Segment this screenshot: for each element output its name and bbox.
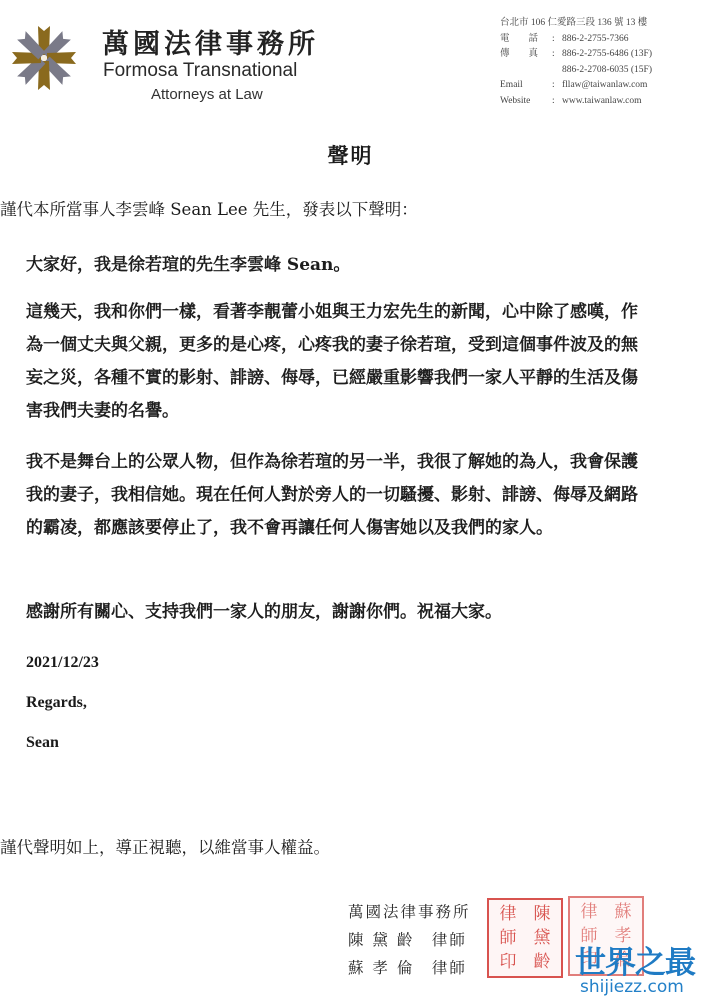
- signer-lawyer-1: 陳 黛 齡 律師: [348, 926, 471, 954]
- website-row: Website: www.taiwanlaw.com: [500, 94, 652, 110]
- watermark-chinese: 世界之最: [575, 937, 695, 982]
- starburst-logo-icon: [8, 22, 80, 94]
- seal-stamp-1: 律 陳 師 黛 印 齡: [487, 898, 563, 978]
- regards-line: Regards,: [26, 694, 87, 712]
- firm-subtitle: Attorneys at Law: [151, 86, 263, 103]
- signer-firm: 萬國法律事務所: [348, 898, 471, 926]
- signer-lawyer-2: 蘇 孝 倫 律師: [348, 954, 471, 982]
- fax-value-2: 886-2-2708-6035 (15F): [500, 63, 652, 79]
- paragraph-thanks: 感謝所有關心、支持我們一家人的朋友，謝謝你們。祝福大家。: [26, 596, 646, 629]
- tel-label: 電 話: [500, 32, 552, 48]
- intro-line: 謹代本所當事人李雲峰 Sean Lee 先生，發表以下聲明：: [0, 196, 418, 220]
- signature-name: Sean: [26, 734, 59, 752]
- paragraph-greeting: 大家好，我是徐若瑄的先生李雲峰 Sean。: [26, 249, 646, 282]
- fax-row: 傳 真: 886-2-2755-6486 (13F): [500, 47, 652, 63]
- tel-value: 886-2-2755-7366: [562, 32, 629, 48]
- tel-row: 電 話: 886-2-2755-7366: [500, 32, 652, 48]
- website-value: www.taiwanlaw.com: [562, 94, 642, 110]
- watermark-url: shijiezz.com: [580, 977, 684, 997]
- fax-value-1: 886-2-2755-6486 (13F): [562, 47, 652, 63]
- closing-line: 謹代聲明如上，導正視聽，以維當事人權益。: [0, 834, 330, 858]
- statement-date: 2021/12/23: [26, 654, 99, 672]
- email-value: fllaw@taiwanlaw.com: [562, 78, 647, 94]
- website-label: Website: [500, 94, 552, 110]
- firm-logo: [8, 22, 80, 94]
- fax-label: 傳 真: [500, 47, 552, 63]
- address: 台北市 106 仁愛路三段 136 號 13 樓: [500, 16, 652, 32]
- contact-block: 台北市 106 仁愛路三段 136 號 13 樓 電 話: 886-2-2755…: [500, 16, 652, 109]
- email-row: Email: fllaw@taiwanlaw.com: [500, 78, 652, 94]
- paragraph-news: 這幾天，我和你們一樣，看著李靚蕾小姐與王力宏先生的新聞，心中除了感嘆，作為一個丈…: [26, 296, 646, 428]
- document-title: 聲明: [0, 140, 701, 170]
- email-label: Email: [500, 78, 552, 94]
- firm-name-chinese: 萬國法律事務所: [102, 22, 319, 61]
- signer-block: 萬國法律事務所 陳 黛 齡 律師 蘇 孝 倫 律師: [348, 898, 471, 982]
- paragraph-protect: 我不是舞台上的公眾人物，但作為徐若瑄的另一半，我很了解她的為人，我會保護我的妻子…: [26, 446, 646, 545]
- firm-name-english: Formosa Transnational: [103, 60, 297, 82]
